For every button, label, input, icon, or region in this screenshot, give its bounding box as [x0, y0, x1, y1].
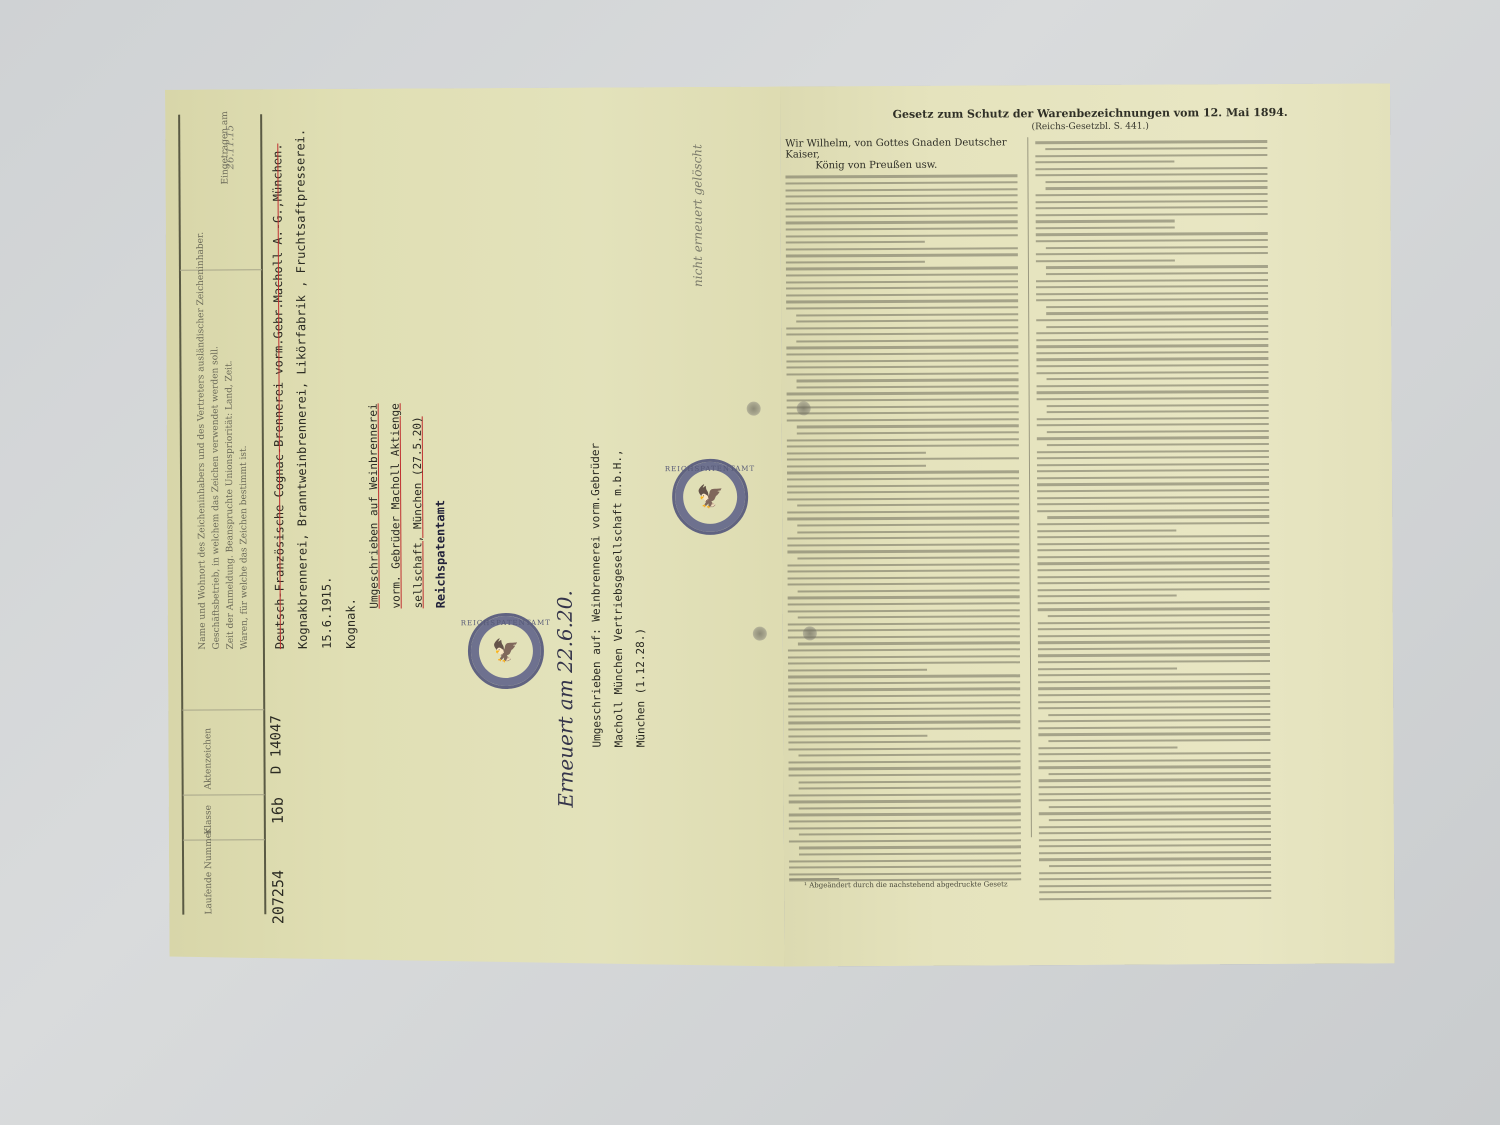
text-line [786, 326, 1018, 329]
text-line [788, 629, 1020, 632]
text-line [797, 530, 1019, 533]
text-line [1037, 522, 1269, 525]
text-line [1039, 759, 1271, 762]
text-line [789, 865, 1021, 868]
transfer1-line3: sellschaft, München (27.5.20) [411, 416, 425, 608]
text-line [1037, 417, 1269, 420]
text-line [796, 339, 1018, 342]
text-line [1038, 706, 1270, 709]
text-line [788, 655, 1020, 658]
transfer2-line1: Umgeschrieben auf: Weinbrennerei vorm.Ge… [589, 443, 604, 748]
text-line [1038, 601, 1270, 604]
text-line [1037, 456, 1269, 459]
text-line [1039, 831, 1271, 834]
header-business: Geschäftsbetrieb, in welchem das Zeichen… [210, 346, 222, 649]
text-line [1037, 555, 1269, 558]
text-line [785, 181, 1017, 184]
text-line [799, 846, 1021, 849]
transfer2-line3: München (1.12.28.) [634, 628, 648, 747]
text-line [1036, 331, 1268, 334]
text-line [789, 872, 1021, 875]
transfer2-line2: Macholl München Vertriebsgesellschaft m.… [611, 449, 626, 747]
text-line [788, 583, 1020, 586]
text-line [787, 543, 1019, 546]
text-line [1037, 469, 1269, 472]
text-line [1046, 246, 1268, 249]
text-line [1036, 318, 1268, 321]
header-divider [183, 839, 265, 840]
text-line [787, 536, 1019, 539]
text-line [787, 477, 1019, 480]
text-line [796, 319, 1018, 322]
text-line [1049, 818, 1271, 821]
text-line [1036, 239, 1268, 242]
text-line [1047, 443, 1269, 446]
text-line [1038, 752, 1270, 755]
text-line [787, 398, 1019, 401]
text-line [788, 714, 1020, 717]
text-line [789, 767, 1021, 770]
register-page: Eingetragen am Name und Wohnort des Zeic… [165, 87, 785, 970]
text-line [1039, 798, 1271, 801]
text-line [1039, 785, 1271, 788]
text-line [1039, 792, 1271, 795]
text-line [799, 832, 1021, 835]
text-line [1039, 857, 1271, 860]
text-line [787, 484, 1019, 487]
text-line [786, 234, 1018, 237]
text-line [798, 589, 1020, 592]
text-line [1038, 588, 1270, 591]
text-line [1038, 673, 1270, 676]
text-line [1037, 482, 1269, 485]
text-line [1036, 357, 1268, 360]
text-line [1038, 686, 1270, 689]
text-line [1038, 667, 1177, 670]
text-line [786, 241, 925, 244]
text-line [788, 569, 1020, 572]
text-line [788, 609, 1020, 612]
text-line [1046, 272, 1268, 275]
text-line [788, 635, 1020, 638]
text-line [1036, 371, 1268, 374]
text-line [1039, 897, 1271, 900]
text-line [1036, 252, 1268, 255]
text-line [1037, 436, 1269, 439]
text-line [786, 201, 1018, 204]
text-line [1036, 259, 1175, 262]
text-line [788, 708, 1020, 711]
text-line [1035, 161, 1174, 164]
text-line [1037, 496, 1269, 499]
text-line [788, 669, 927, 672]
text-line [797, 431, 1019, 434]
text-line [1039, 871, 1271, 874]
text-line [786, 306, 1018, 309]
text-line [1036, 292, 1268, 295]
text-line [1038, 732, 1270, 735]
pencil-note: nicht erneuert gelöscht [690, 144, 705, 287]
text-line [1039, 877, 1271, 880]
text-line [788, 596, 1020, 599]
header-divider [183, 794, 265, 795]
header-goods: Waren, für welche das Zeichen bestimmt i… [239, 446, 250, 650]
text-line [797, 425, 1019, 428]
text-line [789, 793, 1021, 796]
text-line [786, 254, 1018, 257]
entry-registered-on: 26.11.15 [225, 125, 236, 170]
text-line [1036, 279, 1268, 282]
text-line [788, 661, 1020, 664]
text-line [1037, 423, 1269, 426]
text-line [786, 194, 1018, 197]
text-line [787, 563, 1019, 566]
text-line [787, 458, 1019, 461]
punch-hole [747, 402, 761, 416]
text-line [1037, 561, 1269, 564]
text-line [1036, 226, 1175, 229]
text-line [799, 852, 1021, 855]
text-line [786, 267, 1018, 270]
text-line [787, 471, 1019, 474]
text-line [789, 760, 1021, 763]
text-line [1036, 285, 1268, 288]
text-line [1037, 384, 1269, 387]
text-line [1038, 680, 1270, 683]
text-line [798, 615, 1020, 618]
eagle-icon: 🦅 [696, 484, 724, 509]
text-line [786, 214, 1018, 217]
text-line [1036, 232, 1268, 235]
text-line [1045, 180, 1267, 183]
text-line [1035, 173, 1267, 176]
law-subtitle: (Reichs-Gesetzbl. S. 441.) [840, 121, 1340, 134]
text-line [1038, 653, 1270, 656]
footnote: ¹ Abgeändert durch die nachstehend abged… [804, 880, 1007, 889]
text-line [786, 365, 1018, 368]
text-line [1047, 377, 1269, 380]
text-line [1036, 193, 1268, 196]
text-line [789, 839, 1021, 842]
text-line [787, 550, 1019, 553]
text-line [788, 734, 927, 737]
text-line [788, 648, 1020, 651]
text-line [1047, 410, 1269, 413]
text-line [787, 517, 1019, 520]
text-line [787, 465, 926, 468]
header-number: Laufende Nummer [204, 829, 214, 915]
text-line [789, 819, 1021, 822]
text-line [788, 721, 1020, 724]
text-line [789, 800, 1021, 803]
entry-goods: Kognak. [344, 598, 358, 649]
text-line [789, 826, 1021, 829]
text-line [788, 688, 1020, 691]
text-line [786, 280, 1018, 283]
punch-hole [753, 627, 767, 641]
text-line [1049, 772, 1271, 775]
text-line [1036, 338, 1268, 341]
text-line [788, 622, 1020, 625]
text-line [1047, 515, 1269, 518]
text-line [797, 504, 1019, 507]
law-title: Gesetz zum Schutz der Warenbezeichnungen… [840, 106, 1340, 122]
text-line [1039, 890, 1271, 893]
text-line [1035, 154, 1267, 157]
text-line [797, 385, 1019, 388]
header-filing-time: Zeit der Anmeldung. Beanspruchte Unionsp… [224, 360, 236, 649]
text-line [1037, 397, 1269, 400]
entry-class: 16b [269, 797, 287, 824]
text-line [799, 786, 1021, 789]
text-line [1038, 634, 1270, 637]
text-line [1039, 844, 1271, 847]
handwritten-renewal: Erneuert am 22.6.20. [553, 590, 578, 808]
text-line [1039, 824, 1271, 827]
text-line [796, 313, 1018, 316]
text-line [786, 287, 1018, 290]
text-line [789, 813, 1021, 816]
text-line [1036, 213, 1268, 216]
text-line [787, 405, 1019, 408]
entry-date-filed: 15.6.1915. [320, 577, 334, 649]
text-line [1036, 220, 1175, 223]
text-line [1036, 200, 1268, 203]
text-line [786, 247, 1018, 250]
text-line [786, 188, 1018, 191]
text-line [1037, 542, 1269, 545]
text-line [787, 497, 1019, 500]
text-line [1037, 548, 1269, 551]
text-line [1038, 595, 1177, 598]
text-line [1039, 838, 1271, 841]
text-line [786, 300, 1018, 303]
reichspatentamt-stamp: 🦅 REICHSPATENTAMT [468, 613, 544, 689]
text-line [797, 379, 1019, 382]
transfer1-line1: Umgeschrieben auf Weinbrennerei [367, 403, 381, 608]
text-line [797, 556, 1019, 559]
entry-number: 207254 [269, 870, 287, 924]
transfer1-line2: vorm. Gebrüder Macholl Aktienge [389, 403, 403, 608]
text-line [1037, 535, 1269, 538]
entry-business: Kognakbrennerei, Branntweinbrennerei, Li… [293, 129, 310, 649]
text-line [1035, 140, 1267, 143]
eagle-icon: 🦅 [492, 638, 520, 663]
text-line [786, 261, 925, 264]
text-line [1037, 509, 1269, 512]
header-divider [182, 709, 264, 710]
text-line [1039, 765, 1271, 768]
text-line [1045, 147, 1267, 150]
text-line [1038, 607, 1270, 610]
text-line [786, 273, 1018, 276]
text-line [1038, 746, 1177, 749]
text-line [1046, 305, 1268, 308]
text-line [1046, 186, 1268, 189]
text-line [787, 438, 1019, 441]
text-line [1049, 805, 1271, 808]
text-line [1039, 811, 1271, 814]
text-line [789, 859, 1021, 862]
text-line [1038, 647, 1270, 650]
text-line [786, 227, 1018, 230]
text-line [1046, 325, 1268, 328]
text-line [1049, 864, 1271, 867]
text-line [1036, 344, 1268, 347]
text-line [1037, 463, 1269, 466]
text-line [788, 701, 1020, 704]
text-line [1036, 351, 1268, 354]
text-line [787, 490, 1019, 493]
text-line [788, 740, 1020, 743]
text-line [1037, 489, 1269, 492]
text-line [1035, 167, 1267, 170]
text-line [1037, 450, 1269, 453]
text-line [787, 412, 1019, 415]
text-line [1036, 364, 1268, 367]
text-line [1048, 713, 1270, 716]
text-line [788, 681, 1020, 684]
text-line [1047, 404, 1269, 407]
text-line [1038, 581, 1270, 584]
text-line [1037, 390, 1269, 393]
text-line [1048, 739, 1270, 742]
text-line [1048, 614, 1270, 617]
text-line [786, 208, 1018, 211]
text-line [788, 602, 1020, 605]
text-line [1038, 726, 1270, 729]
text-line [1038, 640, 1270, 643]
header-divider [180, 269, 262, 270]
text-line [789, 773, 1021, 776]
text-line [787, 451, 926, 454]
document-sheet: Eingetragen am Name und Wohnort des Zeic… [120, 83, 1440, 970]
law-intro-line2: König von Preußen usw. [785, 159, 1017, 171]
text-line [788, 675, 1020, 678]
text-line [799, 780, 1021, 783]
text-line [785, 175, 1017, 178]
text-line [787, 418, 1019, 421]
text-line [1038, 693, 1270, 696]
text-line [787, 510, 1019, 513]
text-line [786, 352, 1018, 355]
text-line [798, 642, 1020, 645]
text-line [1038, 575, 1270, 578]
transfer1-signature: Reichspatentamt [433, 500, 448, 608]
text-line [786, 221, 1018, 224]
text-line [1039, 851, 1271, 854]
text-line [787, 392, 1019, 395]
text-line [1036, 298, 1268, 301]
entry-file-ref: D 14047 [268, 715, 284, 774]
text-line [799, 806, 1021, 809]
text-line [788, 694, 1020, 697]
text-line [1038, 568, 1270, 571]
header-file-ref: Aktenzeichen [203, 728, 213, 790]
text-line [1038, 660, 1270, 663]
text-line [786, 333, 1018, 336]
text-line [788, 576, 1020, 579]
reichspatentamt-stamp: 🦅 REICHSPATENTAMT [672, 459, 748, 535]
text-line [1046, 265, 1268, 268]
text-line [1038, 621, 1270, 624]
text-line [1037, 529, 1176, 532]
text-line [788, 727, 1020, 730]
text-line [1038, 700, 1270, 703]
entry-owner-struck: Deutsch-Französische Cognac-Brennerei vo… [270, 143, 287, 649]
text-line [787, 444, 1019, 447]
text-line [798, 754, 1020, 757]
text-line [1037, 476, 1269, 479]
text-line [788, 747, 1020, 750]
text-line [786, 293, 1018, 296]
text-line [1039, 778, 1271, 781]
text-line [786, 359, 1018, 362]
text-line [1047, 430, 1269, 433]
text-line [797, 523, 1019, 526]
text-line [786, 372, 1018, 375]
text-line [1036, 206, 1268, 209]
law-column-left: Wir Wilhelm, von Gottes Gnaden Deutscher… [785, 137, 1021, 886]
text-line [1037, 502, 1269, 505]
text-line [1038, 719, 1270, 722]
text-line [1039, 884, 1271, 887]
text-line [786, 346, 1018, 349]
text-line [1038, 627, 1270, 630]
law-column-right [1035, 136, 1271, 905]
column-divider [1027, 137, 1032, 837]
header-owner: Name und Wohnort des Zeicheninhabers und… [196, 232, 208, 650]
text-line [1046, 311, 1268, 314]
law-intro-line1: Wir Wilhelm, von Gottes Gnaden Deutscher… [785, 137, 1017, 160]
law-text-page: Gesetz zum Schutz der Warenbezeichnungen… [780, 83, 1395, 966]
